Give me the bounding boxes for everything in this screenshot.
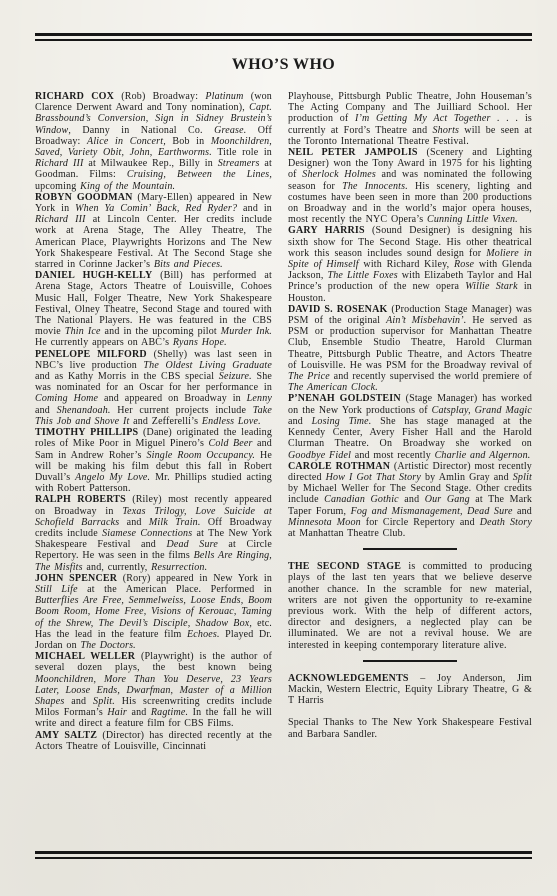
work-title: Single Room Occupancy. xyxy=(146,450,255,461)
bio-text: and xyxy=(64,696,93,707)
person-name: TIMOTHY PHILLIPS xyxy=(35,427,143,438)
bio-pnenah-goldstein: P’NENAH GOLDSTEIN (Stage Manager) has wo… xyxy=(288,393,532,460)
work-title: Dead Sure xyxy=(166,539,218,550)
bio-text: and xyxy=(119,517,149,528)
bio-amy-saltz-continued: Playhouse, Pittsburgh Public Theatre, Jo… xyxy=(288,91,532,147)
work-title: Grease. xyxy=(214,125,246,136)
work-title: Cruising, Between the Lines, xyxy=(127,169,272,180)
work-title: Death Story xyxy=(480,517,532,528)
person-name: PENELOPE MILFORD xyxy=(35,349,154,360)
bio-john-spencer: JOHN SPENCER (Rory) appeared in New York… xyxy=(35,573,272,651)
work-title: The Oldest Living Graduate xyxy=(143,360,272,371)
work-title: Lenny xyxy=(247,393,272,404)
work-title: I’m Getting My Act Together . . . xyxy=(355,113,518,124)
bio-text: and xyxy=(399,494,425,505)
work-title: Shorts xyxy=(432,125,459,136)
bio-text: and, currently, xyxy=(83,562,151,573)
right-column: Playhouse, Pittsburgh Public Theatre, Jo… xyxy=(288,91,532,740)
work-title: Milk Train. xyxy=(149,517,201,528)
bio-text: and appeared on Broadway in xyxy=(98,393,246,404)
work-title: Seizure. xyxy=(219,371,252,382)
work-title: Streamers xyxy=(218,158,260,169)
bio-neil-peter-jampolis: NEIL PETER JAMPOLIS (Scenery and Lightin… xyxy=(288,147,532,225)
bio-text: is committed to producing plays of the l… xyxy=(288,561,532,650)
work-title: Fog and Mismanagement, Dead Sure xyxy=(351,506,513,517)
bio-text: and most recently xyxy=(351,450,435,461)
bottom-double-rule xyxy=(35,851,532,859)
work-title: The Price xyxy=(288,371,330,382)
work-title: When Ya Comin’ Back, Red Ryder? xyxy=(75,203,237,214)
bio-text: (Rob) Broadway: xyxy=(121,91,205,102)
work-title: Split xyxy=(513,472,532,483)
work-title: Platinum xyxy=(205,91,243,102)
work-title: Siamese Connections xyxy=(102,528,192,539)
bio-text: and Zefferelli’s xyxy=(129,416,201,427)
section-divider xyxy=(363,548,457,550)
work-title: Cold Beer xyxy=(208,438,252,449)
bio-text: for Circle Repertory and xyxy=(361,517,480,528)
work-title: Shenandoah. xyxy=(57,405,111,416)
bio-text: and xyxy=(288,416,312,427)
second-stage-mission: THE SECOND STAGE is committed to produci… xyxy=(288,561,532,651)
person-name: JOHN SPENCER xyxy=(35,573,123,584)
bio-text: at Milwaukee Rep., Billy in xyxy=(83,158,217,169)
bio-text: and recently supervised the world premie… xyxy=(330,371,532,382)
work-title: Minnesota Moon xyxy=(288,517,361,528)
bio-amy-saltz: AMY SALTZ (Director) has directed recent… xyxy=(35,730,272,752)
bio-text: with Richard Kiley, xyxy=(359,259,454,270)
bio-penelope-milford: PENELOPE MILFORD (Shelly) was last seen … xyxy=(35,349,272,427)
person-name: ROBYN GOODMAN xyxy=(35,192,137,203)
bio-text: and in xyxy=(237,203,272,214)
work-title: Goodbye Fidel xyxy=(288,450,351,461)
person-name: NEIL PETER JAMPOLIS xyxy=(288,147,426,158)
bio-text: Title role in xyxy=(212,147,272,158)
bio-text: He currently appears on ABC’s xyxy=(35,337,173,348)
work-title: Angelo My Love. xyxy=(75,472,150,483)
work-title: Losing Time. xyxy=(312,416,372,427)
work-title: Our Gang xyxy=(425,494,470,505)
person-name: ACKNOWLEDGEMENTS xyxy=(288,673,409,684)
work-title: The Doctors. xyxy=(80,640,135,651)
person-name: DANIEL HUGH-KELLY xyxy=(35,270,160,281)
bio-timothy-phillips: TIMOTHY PHILLIPS (Dane) originated the l… xyxy=(35,427,272,494)
work-title: Bits and Pieces. xyxy=(154,259,223,270)
bio-robyn-goodman: ROBYN GOODMAN (Mary-Ellen) appeared in N… xyxy=(35,192,272,270)
work-title: The American Clock. xyxy=(288,382,378,393)
bio-michael-weller: MICHAEL WELLER (Playwright) is the autho… xyxy=(35,651,272,729)
work-title: Hair xyxy=(107,707,127,718)
work-title: Still Life xyxy=(35,584,78,595)
bio-text: and as Kathy Morris in the CBS special xyxy=(35,371,219,382)
work-title: Endless Love. xyxy=(202,416,261,427)
work-title: Willie Stark xyxy=(465,281,518,292)
person-name: RICHARD COX xyxy=(35,91,121,102)
work-title: Charlie and Algernon. xyxy=(435,450,531,461)
work-title: Thin Ice xyxy=(65,326,101,337)
bio-text: (Rory) appeared in New York in xyxy=(123,573,272,584)
work-title: Echoes. xyxy=(187,629,220,640)
work-title: Ragtime. xyxy=(151,707,188,718)
work-title: The Innocents. xyxy=(342,181,408,192)
work-title: Sherlock Holmes xyxy=(302,169,376,180)
bio-text: upcoming xyxy=(35,181,80,192)
bio-text: at the American Place. Performed in xyxy=(78,584,272,595)
person-name: CAROLE ROTHMAN xyxy=(288,461,394,472)
top-double-rule xyxy=(35,33,532,41)
work-title: Ryans Hope. xyxy=(173,337,227,348)
person-name: GARY HARRIS xyxy=(288,225,372,236)
work-title: Cunning Little Vixen. xyxy=(427,214,518,225)
work-title: King of the Mountain. xyxy=(80,181,175,192)
left-column: RICHARD COX (Rob) Broadway: Platinum (wo… xyxy=(35,91,272,752)
two-column-text: RICHARD COX (Rob) Broadway: Platinum (wo… xyxy=(35,91,532,752)
bio-text: Bob in xyxy=(166,136,211,147)
work-title: Murder Ink. xyxy=(221,326,272,337)
bio-carole-rothman: CAROLE ROTHMAN (Artistic Director) most … xyxy=(288,461,532,539)
page-title: WHO’S WHO xyxy=(35,56,532,74)
work-title: Resurrection. xyxy=(151,562,207,573)
acknowledgements: ACKNOWLEDGEMENTS – Joy Anderson, Jim Mac… xyxy=(288,673,532,707)
work-title: How I Got That Story xyxy=(326,472,421,483)
bio-text: at Manhattan Theatre Club. xyxy=(288,528,405,539)
bio-richard-cox: RICHARD COX (Rob) Broadway: Platinum (wo… xyxy=(35,91,272,192)
bio-daniel-hugh-kelly: DANIEL HUGH-KELLY (Bill) has performed a… xyxy=(35,270,272,348)
work-title: Butterflies Are Free, Semmelweiss, Loose… xyxy=(35,595,272,628)
bio-text: and in the upcoming pilot xyxy=(101,326,221,337)
work-title: Rose xyxy=(454,259,474,270)
work-title: Richard III xyxy=(35,214,86,225)
work-title: Canadian Gothic xyxy=(324,494,399,505)
work-title: Catsplay, Grand Magic xyxy=(432,405,532,416)
work-title: Ain’t Misbehavin’. xyxy=(386,315,466,326)
work-title: Coming Home xyxy=(35,393,98,404)
person-name: MICHAEL WELLER xyxy=(35,651,141,662)
bio-david-s-rosenak: DAVID S. ROSENAK (Production Stage Manag… xyxy=(288,304,532,394)
bio-text: by Amlin Gray and xyxy=(421,472,513,483)
person-name: THE SECOND STAGE xyxy=(288,561,408,572)
work-title: The Little Foxes xyxy=(328,270,398,281)
special-thanks: Special Thanks to The New York Shakespea… xyxy=(288,717,532,739)
bio-text: and xyxy=(513,506,532,517)
person-name: RALPH ROBERTS xyxy=(35,494,132,505)
bio-text: and xyxy=(127,707,151,718)
bio-text: Special Thanks to The New York Shakespea… xyxy=(288,717,532,739)
bio-text: and xyxy=(35,405,57,416)
work-title: Richard III xyxy=(35,158,83,169)
person-name: AMY SALTZ xyxy=(35,730,102,741)
person-name: P’NENAH GOLDSTEIN xyxy=(288,393,406,404)
work-title: Alice in Concert, xyxy=(87,136,166,147)
whos-who-page: WHO’S WHO RICHARD COX (Rob) Broadway: Pl… xyxy=(0,0,557,752)
bio-ralph-roberts: RALPH ROBERTS (Riley) most recently appe… xyxy=(35,494,272,572)
bio-text: Her current projects include xyxy=(111,405,253,416)
section-divider xyxy=(363,660,457,662)
person-name: DAVID S. ROSENAK xyxy=(288,304,391,315)
bio-text: , Danny in National Co. xyxy=(68,125,214,136)
bio-gary-harris: GARY HARRIS (Sound Designer) is designin… xyxy=(288,225,532,303)
work-title: Split. xyxy=(93,696,115,707)
